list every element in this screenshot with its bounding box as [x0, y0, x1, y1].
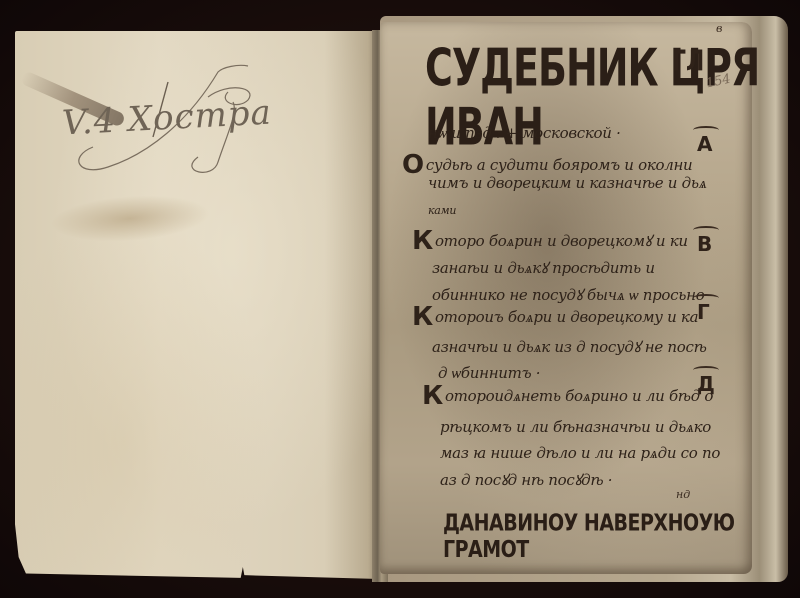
text-line: рѣцкомъ и ли бѣназначѣи и дьѧко [440, 418, 711, 437]
text-line: чимъ и дворецким и казначѣе и дьѧ [428, 174, 707, 193]
text-line: азначѣи и дьѧк из д посудꙋ не посѣ [432, 337, 707, 357]
text-line: Котороидѧнеть боѧрино и ли бѣд о [422, 381, 713, 411]
chapter-label: ГЛ [672, 46, 704, 79]
marginal-letter-d: Д [697, 372, 715, 396]
chapter-superscript: в [716, 22, 722, 35]
text-line: занаѣи и дьѧкꙋ просѣдить и [432, 258, 655, 278]
text-line: аз д посꙋд нѣ посꙋдѣ · [440, 470, 612, 490]
text-line: Которо боѧрин и дворецкомꙋ и ки [412, 226, 688, 256]
marginal-letter-g: Г [697, 300, 710, 324]
text-line: нѡ и пзд : + московской · [428, 124, 621, 143]
bottom-superscript: нд [676, 488, 690, 501]
marginal-letter-a: А [697, 132, 712, 156]
text-line: ками [428, 204, 456, 217]
text-line: маз ꙗ нише дѣло и ли на рѧди со по [440, 444, 720, 463]
text-line: Котороиъ боѧри и дворецкому и ка [412, 302, 698, 332]
section-heading: ДАНАВИНОУ НАВЕРХНОУЮ ГРАМОТ [443, 510, 800, 563]
marginal-letter-v: В [697, 232, 712, 256]
